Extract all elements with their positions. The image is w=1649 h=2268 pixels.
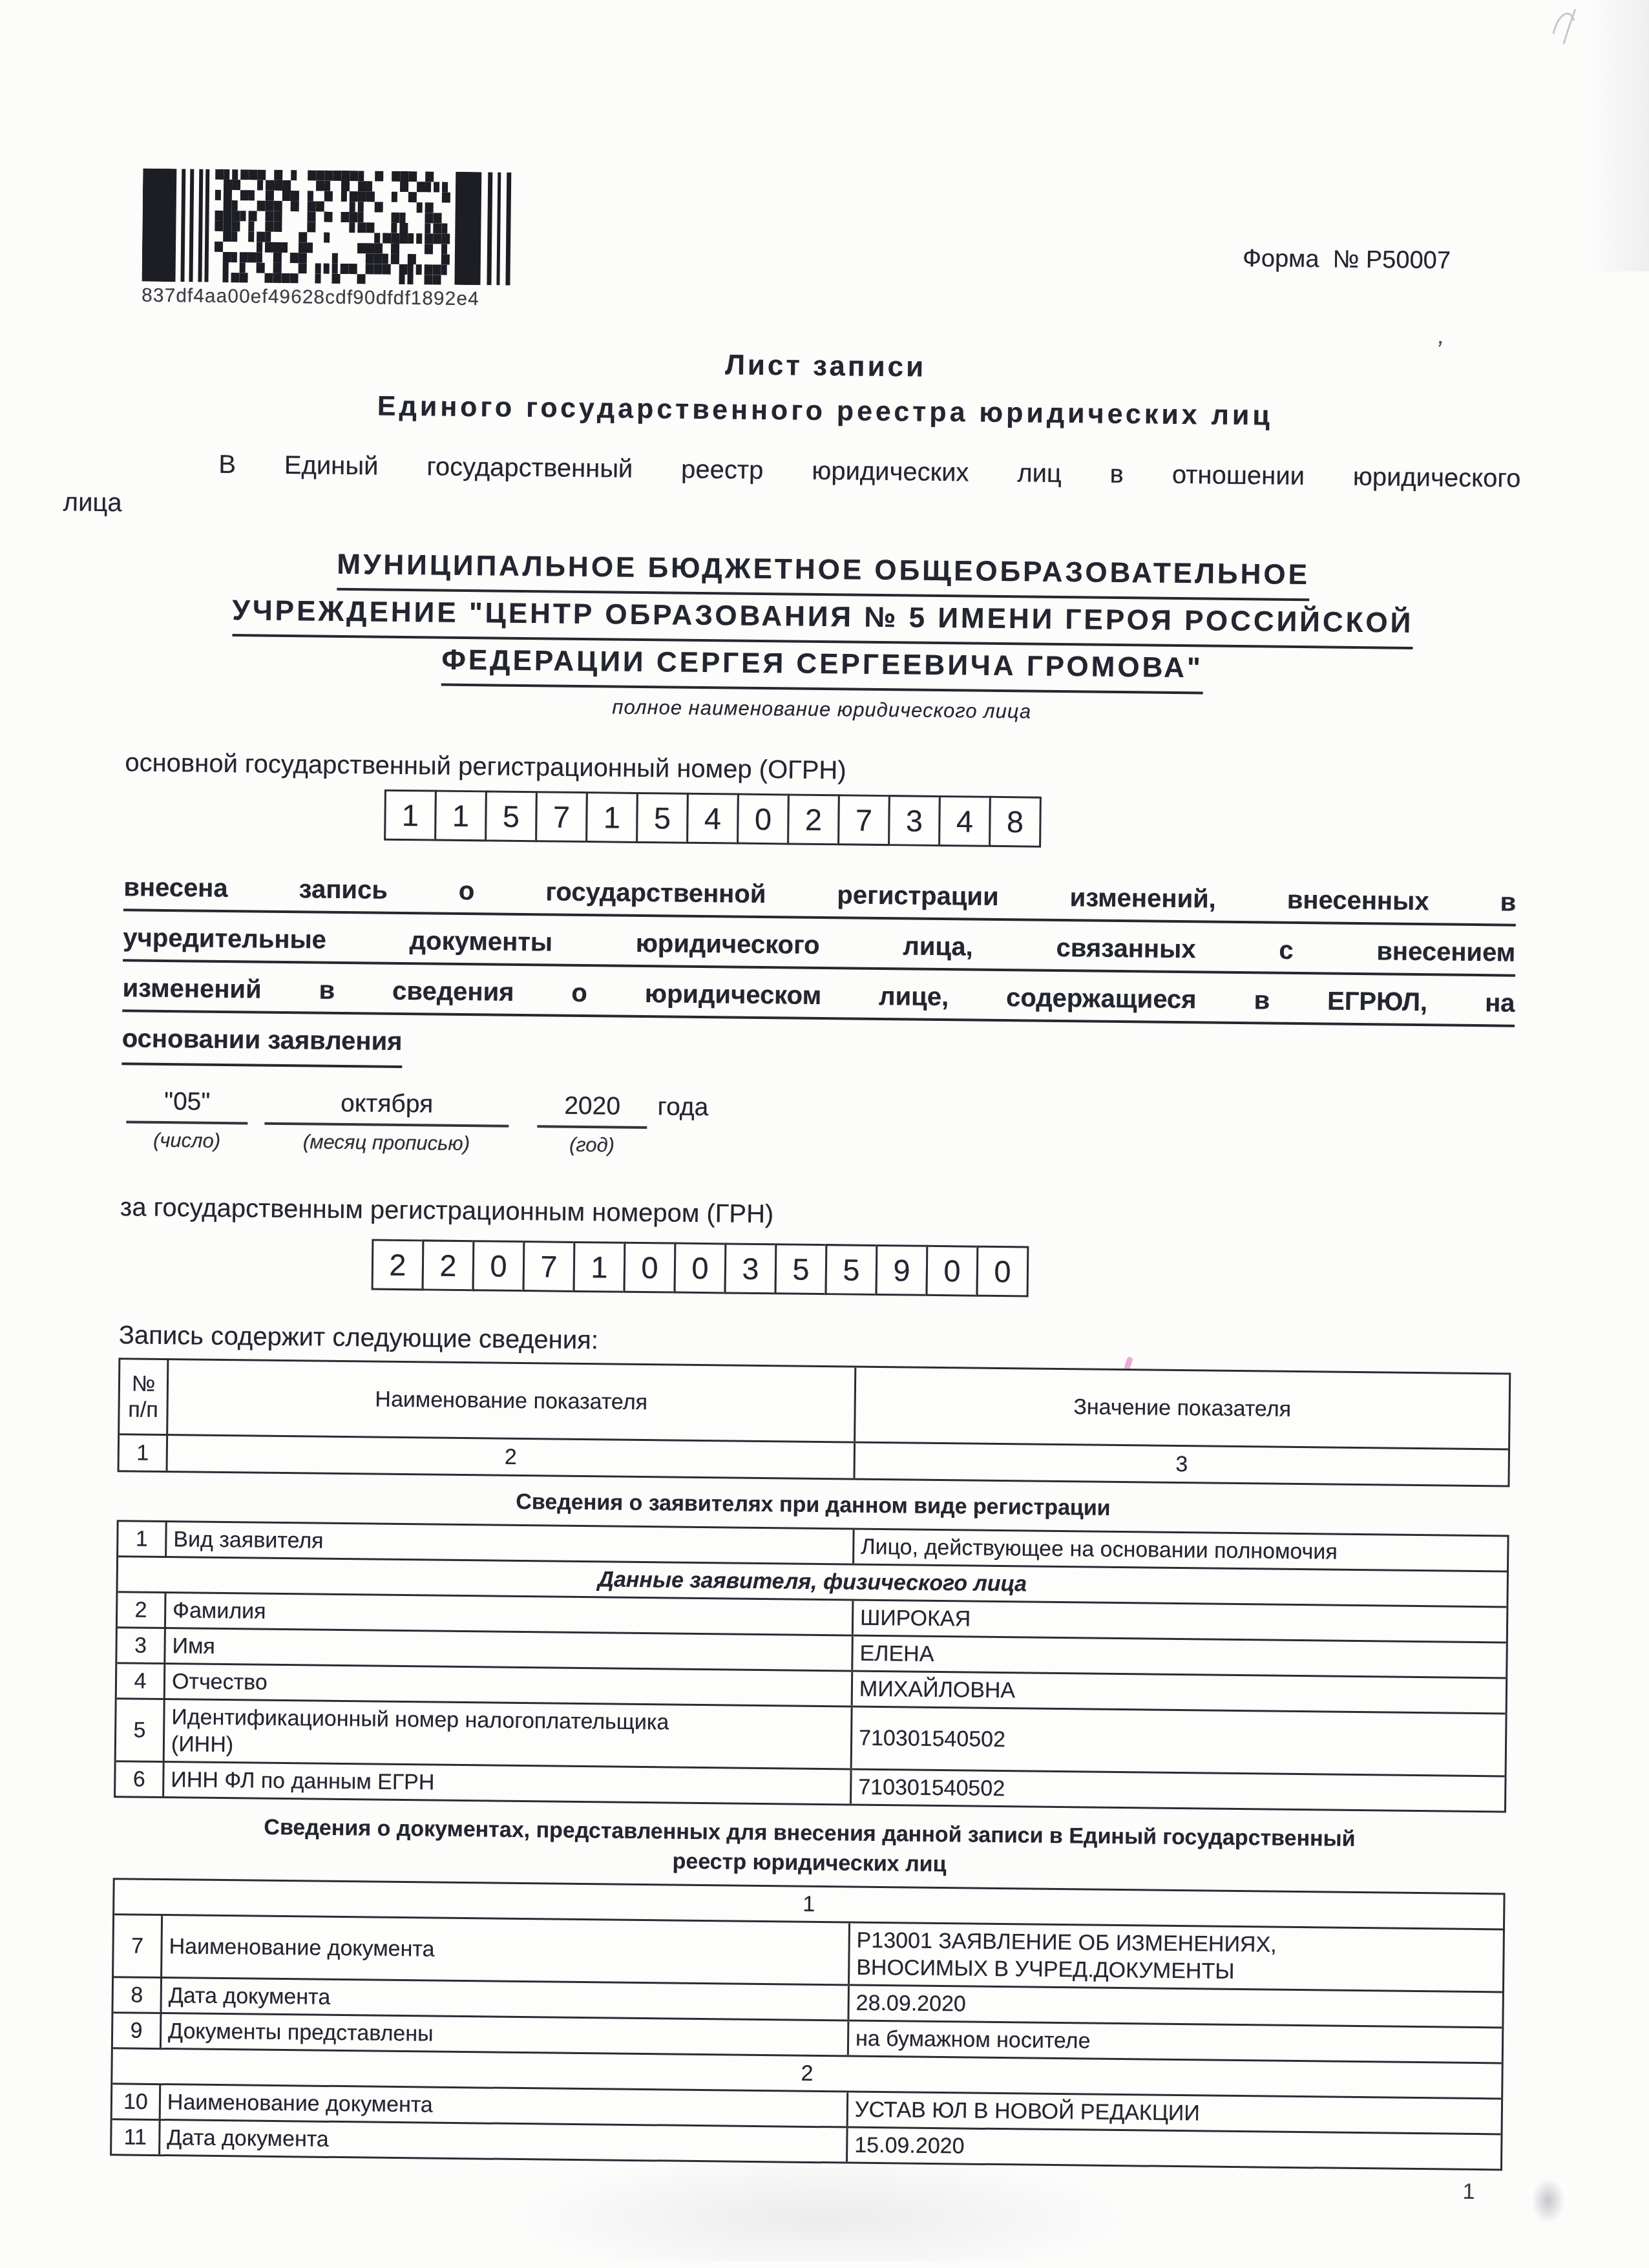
row-num: 8 xyxy=(113,1978,162,2012)
record-statement-line: основании заявления xyxy=(121,1017,1515,1080)
grn-digit-boxes: 2 2 0 7 1 0 0 3 5 5 9 0 0 xyxy=(372,1239,1513,1303)
grn-digit: 2 xyxy=(422,1239,475,1291)
section-documents-title: Сведения о документах, представленных дл… xyxy=(113,1811,1506,1885)
document-title: Лист записи xyxy=(129,342,1522,390)
date-day-value: "05" xyxy=(126,1087,248,1124)
indicators-header-table: № п/п Наименование показателя Значение п… xyxy=(118,1358,1511,1487)
grn-digit: 0 xyxy=(624,1242,677,1294)
row-value: 15.09.2020 xyxy=(848,2128,1501,2169)
row-num: 4 xyxy=(117,1664,166,1698)
grn-label: за государственным регистрационным номер… xyxy=(120,1193,1513,1237)
header-num: № xyxy=(132,1371,156,1397)
row-value: Р13001 ЗАЯВЛЕНИЕ ОБ ИЗМЕНЕНИЯХ, ВНОСИМЫХ… xyxy=(850,1924,1503,1991)
row-label: ИНН ФЛ по данным ЕГРН xyxy=(164,1763,852,1804)
pen-mark xyxy=(1542,4,1593,56)
row-value: Лицо, действующее на основании полномочи… xyxy=(854,1530,1507,1571)
date-month-caption: (месяц прописью) xyxy=(264,1130,509,1156)
table-header-row: № п/п Наименование показателя Значение п… xyxy=(120,1360,1509,1448)
row-num: 2 xyxy=(118,1593,167,1627)
header-cell-value: Значение показателя xyxy=(856,1368,1509,1449)
row-value: 28.09.2020 xyxy=(849,1986,1502,2027)
row-value: ЕЛЕНА xyxy=(853,1637,1506,1677)
row-label: Дата документа xyxy=(160,2121,848,2162)
ogrn-digit: 3 xyxy=(888,795,941,846)
record-statement: внесена запись о государственной регистр… xyxy=(121,866,1516,1080)
ogrn-digit: 1 xyxy=(434,790,487,842)
record-statement-line: учредительные документы юридического лиц… xyxy=(123,916,1516,976)
intro-line-2: лица xyxy=(63,488,1520,532)
grn-digit: 0 xyxy=(926,1245,979,1297)
scanned-document-page: ’ 837df4aa00ef49628cdf90dfdf1892e4 Форма… xyxy=(0,0,1649,2268)
row-num: 6 xyxy=(116,1762,165,1796)
index-cell: 2 xyxy=(168,1436,856,1478)
ogrn-digit: 1 xyxy=(384,790,437,841)
applicants-table: 1 Вид заявителя Лицо, действующее на осн… xyxy=(114,1520,1509,1812)
row-value: 710301540502 xyxy=(852,1708,1506,1776)
section-applicants-title: Сведения о заявителях при данном виде ре… xyxy=(117,1482,1509,1527)
ogrn-digit: 5 xyxy=(485,790,538,842)
row-num: 11 xyxy=(112,2120,161,2154)
scan-edge-noise xyxy=(1591,0,1649,271)
record-statement-line: изменений в сведения о юридическом лице,… xyxy=(122,967,1515,1027)
row-value: 710301540502 xyxy=(852,1770,1505,1811)
records-intro: Запись содержит следующие сведения: xyxy=(119,1321,1511,1365)
barcode-caption: 837df4aa00ef49628cdf90dfdf1892e4 xyxy=(142,285,513,311)
ogrn-digit: 2 xyxy=(787,793,840,845)
grn-digit: 7 xyxy=(523,1241,576,1292)
organization-name: МУНИЦИПАЛЬНОЕ БЮДЖЕТНОЕ ОБЩЕОБРАЗОВАТЕЛЬ… xyxy=(126,541,1520,697)
form-number-label: Форма № Р50007 xyxy=(1243,245,1451,275)
row-label: Наименование документа xyxy=(162,1916,850,1984)
ogrn-digit: 0 xyxy=(737,793,790,845)
date-year-row: 2020 года xyxy=(537,1091,708,1129)
grn-digit: 1 xyxy=(573,1241,626,1293)
org-name-caption: полное наименование юридического лица xyxy=(125,690,1518,728)
row-num: 9 xyxy=(113,2013,162,2048)
grn-digit: 5 xyxy=(775,1243,828,1295)
date-month-value: октября xyxy=(264,1089,509,1128)
header-cell-name: Наименование показателя xyxy=(168,1360,856,1442)
documents-table: 1 7 Наименование документа Р13001 ЗАЯВЛЕ… xyxy=(110,1878,1506,2170)
ogrn-digit: 4 xyxy=(686,793,739,845)
intro-paragraph: В Единый государственный реестр юридичес… xyxy=(127,449,1520,532)
row-num: 3 xyxy=(117,1628,166,1663)
grn-digit: 9 xyxy=(876,1244,929,1296)
row-value: на бумажном носителе xyxy=(849,2022,1502,2063)
ogrn-digit: 5 xyxy=(636,792,689,844)
ogrn-digit-boxes: 1 1 5 7 1 5 4 0 2 7 3 4 8 xyxy=(384,790,1517,853)
barcode-2d xyxy=(142,169,514,286)
ogrn-digit: 7 xyxy=(535,791,588,843)
row-num: 10 xyxy=(112,2084,162,2119)
scan-smudge-small xyxy=(1530,2176,1566,2225)
grn-digit: 0 xyxy=(674,1243,727,1294)
document-top-row: 837df4aa00ef49628cdf90dfdf1892e4 Форма №… xyxy=(130,168,1524,321)
grn-digit: 0 xyxy=(976,1246,1029,1297)
row-value: ШИРОКАЯ xyxy=(854,1601,1507,1642)
intro-line-1: В Единый государственный реестр юридичес… xyxy=(128,449,1520,493)
document-subtitle: Единого государственного реестра юридиче… xyxy=(129,388,1521,434)
document-content: 837df4aa00ef49628cdf90dfdf1892e4 Форма №… xyxy=(109,0,1526,2205)
ogrn-digit: 8 xyxy=(989,796,1042,848)
grn-digit: 2 xyxy=(372,1239,425,1291)
index-cell: 3 xyxy=(855,1444,1508,1486)
date-year-caption: (год) xyxy=(537,1133,647,1157)
ogrn-digit: 4 xyxy=(938,795,991,847)
grn-digit: 5 xyxy=(825,1244,878,1296)
date-year-suffix: года xyxy=(657,1093,708,1122)
row-label: Идентификационный номер налогоплательщик… xyxy=(165,1700,853,1769)
index-cell: 1 xyxy=(120,1435,169,1471)
ogrn-label: основной государственный регистрационный… xyxy=(125,748,1517,792)
date-year-group: 2020 года (год) xyxy=(537,1091,709,1158)
barcode-block: 837df4aa00ef49628cdf90dfdf1892e4 xyxy=(142,169,514,311)
date-month-group: октября (месяц прописью) xyxy=(264,1089,509,1156)
registration-date: "05" (число) октября (месяц прописью) 20… xyxy=(121,1087,1514,1166)
row-value: УСТАВ ЮЛ В НОВОЙ РЕДАКЦИИ xyxy=(848,2093,1502,2134)
header-cell-num: № п/п xyxy=(120,1360,169,1434)
row-value: МИХАЙЛОВНА xyxy=(853,1672,1506,1713)
header-num-sub: п/п xyxy=(128,1396,158,1422)
date-day-group: "05" (число) xyxy=(126,1087,248,1153)
ogrn-digit: 7 xyxy=(837,794,890,846)
title-block: Лист записи Единого государственного рее… xyxy=(129,342,1522,434)
date-year-value: 2020 xyxy=(537,1091,647,1129)
grn-digit: 0 xyxy=(472,1240,525,1292)
row-num: 5 xyxy=(116,1699,165,1761)
row-num: 1 xyxy=(118,1522,167,1556)
row-num: 7 xyxy=(114,1915,163,1977)
ogrn-digit: 1 xyxy=(585,792,638,843)
grn-digit: 3 xyxy=(724,1243,777,1294)
date-day-caption: (число) xyxy=(126,1128,247,1153)
record-statement-line: внесена запись о государственной регистр… xyxy=(123,866,1517,926)
